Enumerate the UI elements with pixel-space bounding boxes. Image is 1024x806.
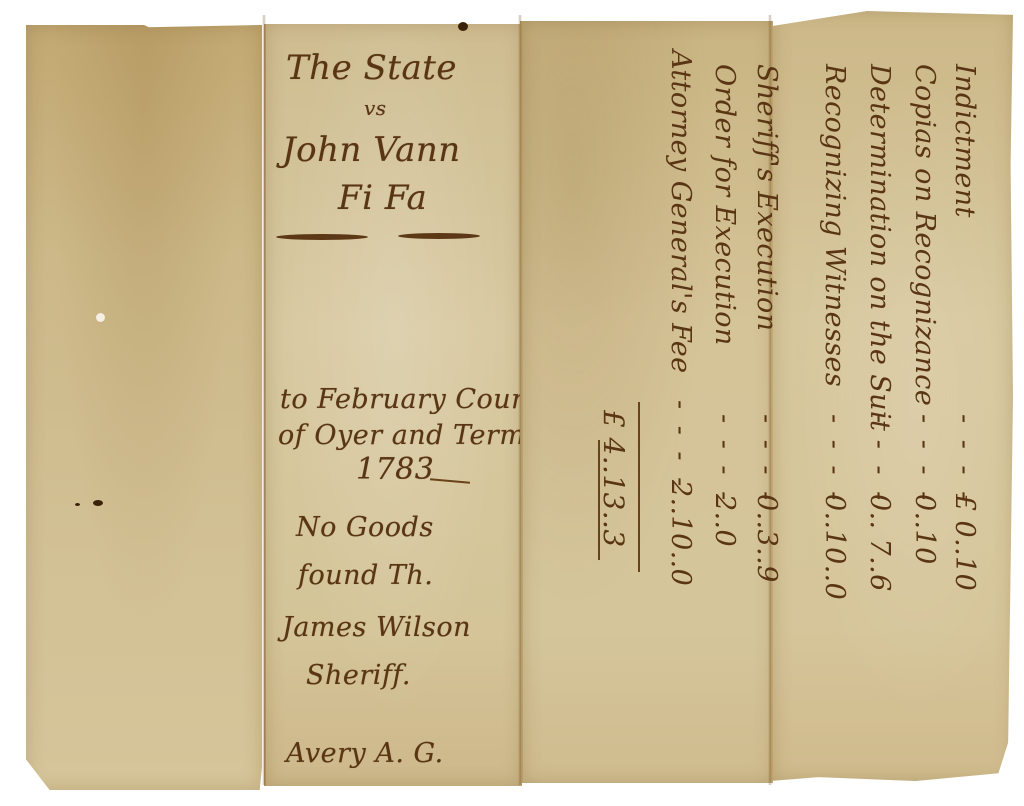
fold-crease bbox=[518, 15, 522, 785]
ink-blot bbox=[458, 22, 468, 31]
sheriff-return-goods: No Goods bbox=[296, 512, 434, 543]
return-court: to February Court bbox=[280, 384, 536, 415]
panel-blank-left bbox=[26, 25, 262, 790]
paper-hole bbox=[96, 313, 105, 322]
ink-spot bbox=[93, 500, 103, 506]
case-plaintiff: The State bbox=[286, 48, 457, 88]
case-versus: vs bbox=[364, 96, 387, 120]
folded-document: The State vs John Vann Fi Fa to February… bbox=[0, 0, 1024, 806]
sheriff-return-found: found Th. bbox=[298, 560, 433, 591]
ink-spot bbox=[75, 503, 80, 506]
cost-line: Indictment- - - -£ 0..10 bbox=[949, 64, 980, 591]
attorney-signature: Avery A. G. bbox=[286, 738, 444, 769]
cost-line: Copias on Recognizance- - - -0..10 bbox=[909, 64, 940, 565]
cost-line: Determination on the Suit- - - -0.. 7..6 bbox=[864, 64, 895, 592]
return-term: of Oyer and Term. bbox=[278, 420, 535, 451]
cost-line: Sheriff's Execution- - - -0..3..9 bbox=[751, 64, 782, 583]
cost-line: Attorney General's Fee- - - -2..10..0 bbox=[665, 50, 696, 586]
cost-line: Order for Execution- - - -2..0 bbox=[709, 64, 740, 547]
fold-crease bbox=[262, 15, 266, 785]
sum-rule bbox=[638, 402, 640, 572]
total-underline bbox=[598, 440, 600, 560]
writ-type: Fi Fa bbox=[338, 178, 427, 218]
flourish-right bbox=[398, 233, 480, 239]
flourish-left bbox=[276, 234, 368, 240]
return-year: 1783 bbox=[356, 452, 434, 487]
cost-line: Recognizing Witnesses- - - -0..10..0 bbox=[819, 64, 850, 600]
sheriff-title: Sheriff. bbox=[306, 660, 411, 691]
cost-total: £ 4..13..3 bbox=[597, 410, 630, 548]
sheriff-name: James Wilson bbox=[282, 612, 471, 643]
case-defendant: John Vann bbox=[282, 130, 461, 170]
